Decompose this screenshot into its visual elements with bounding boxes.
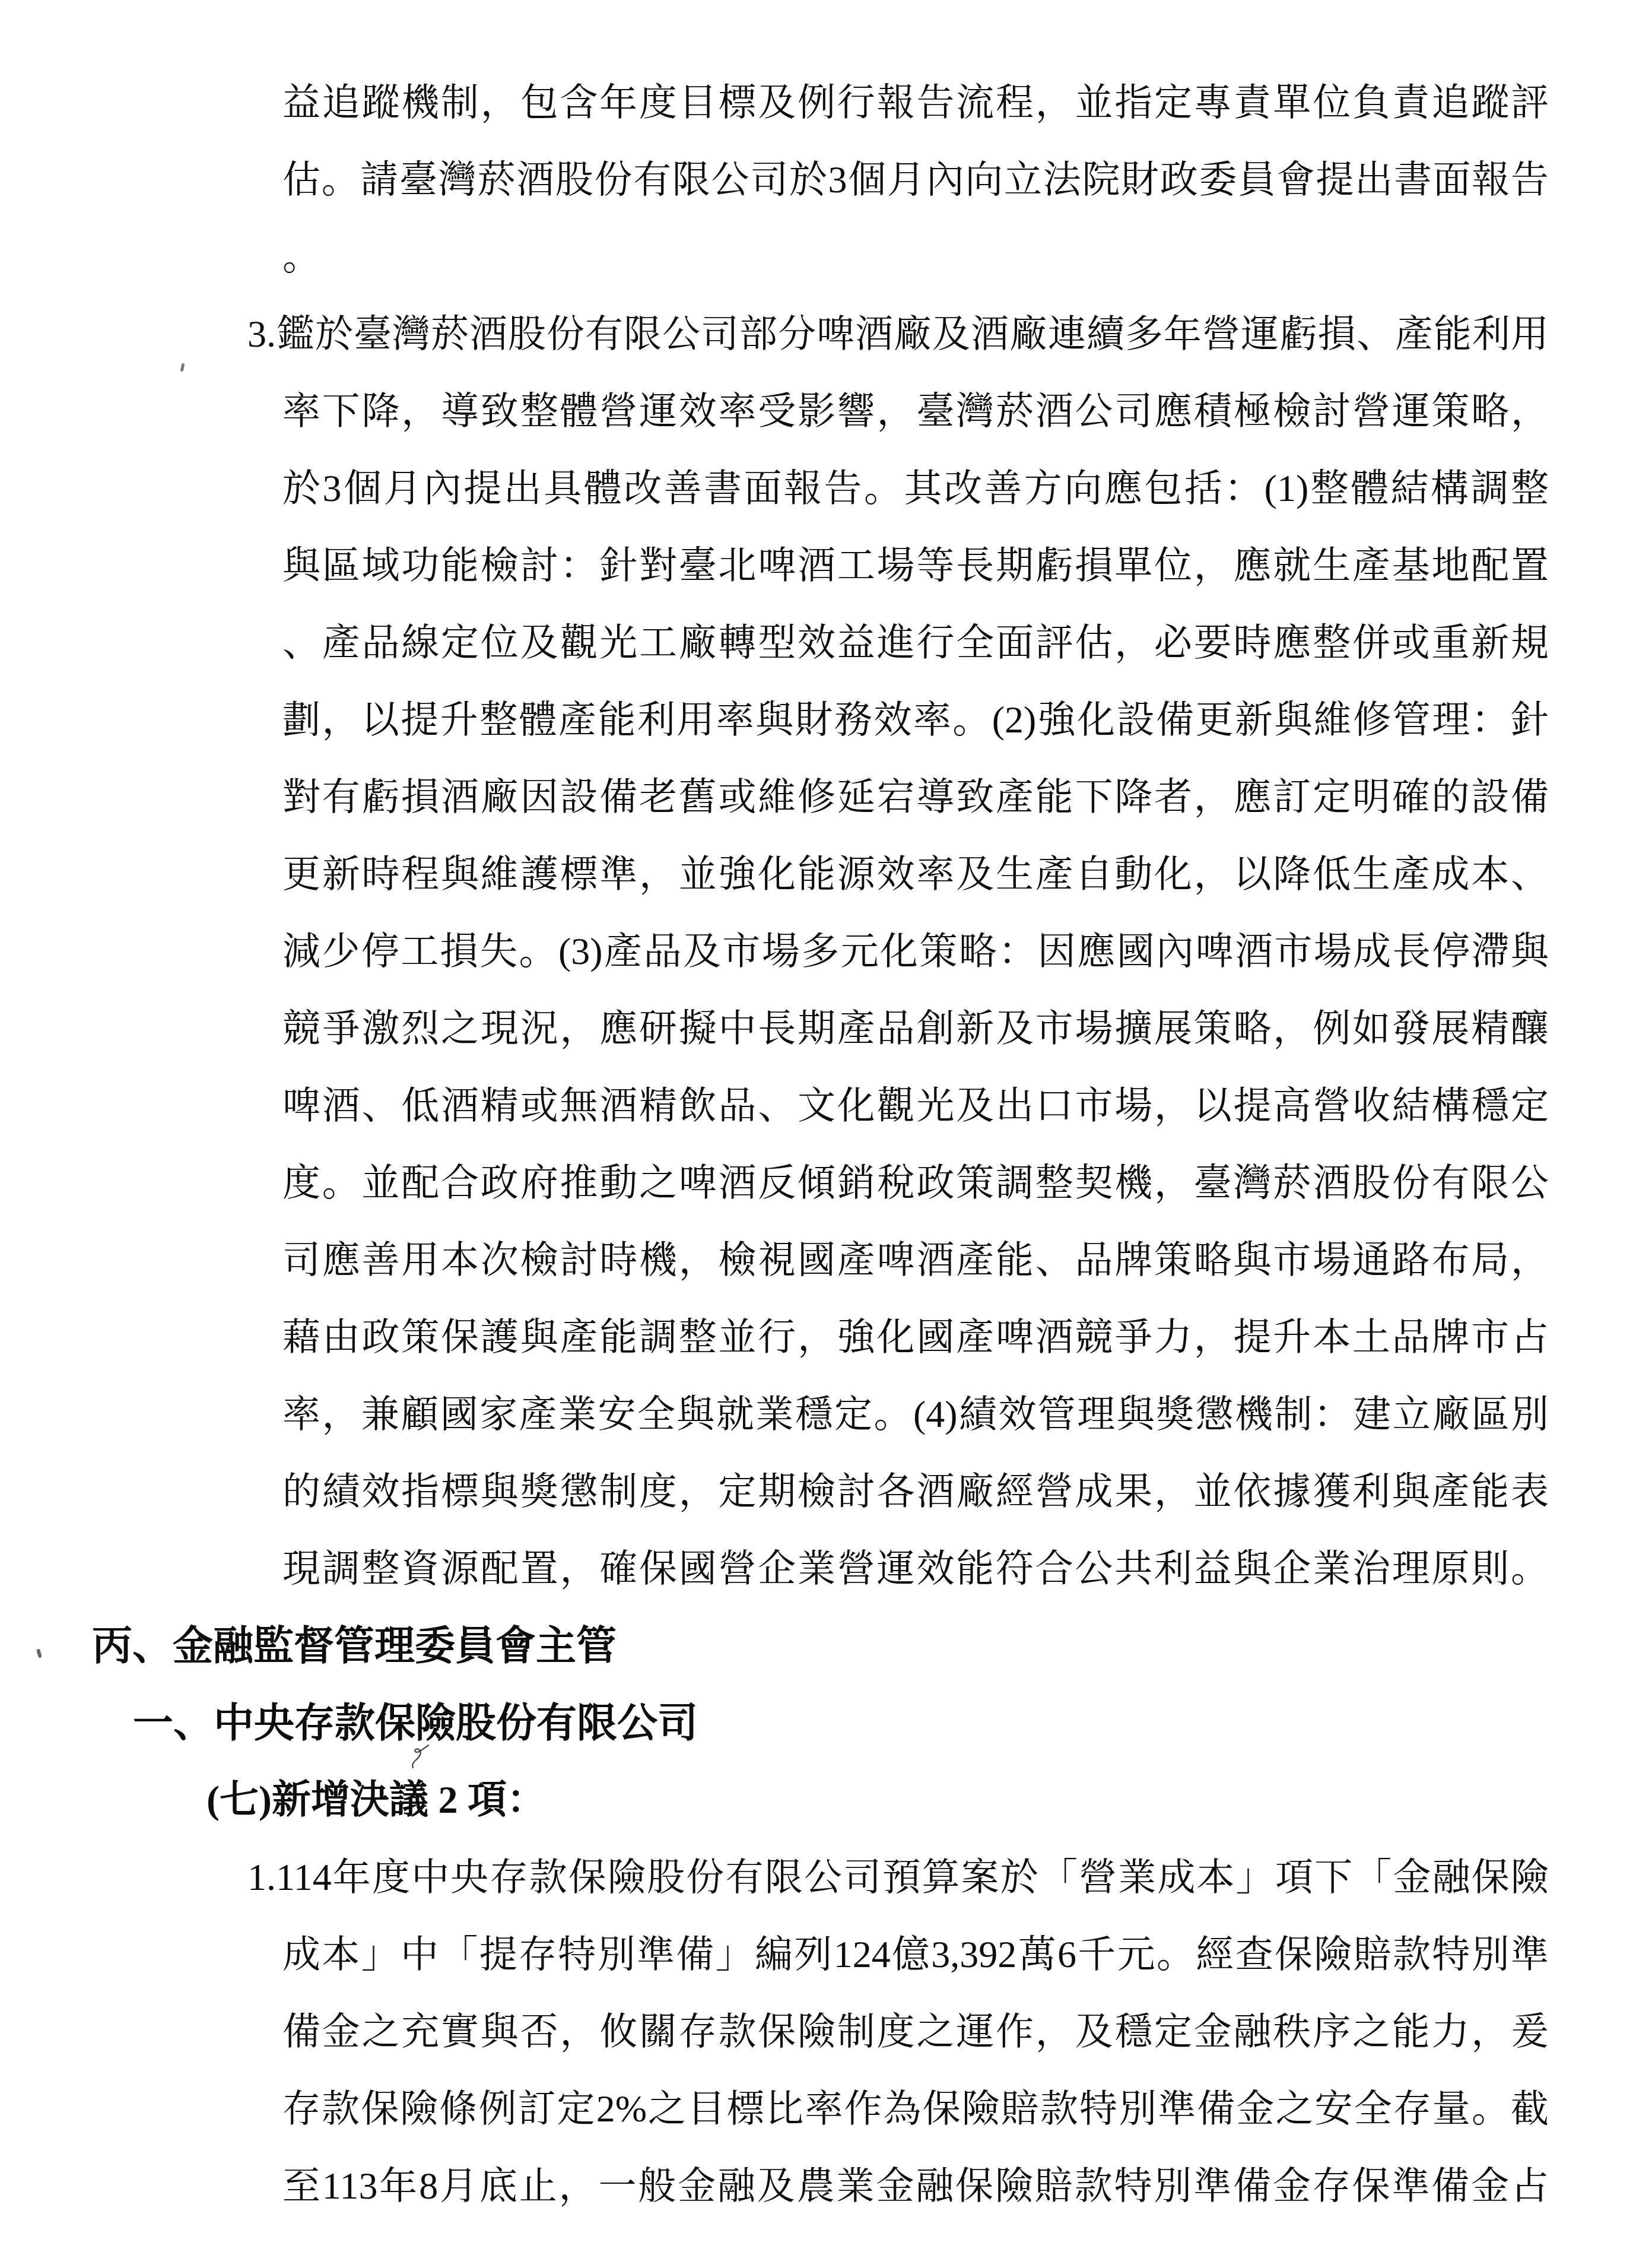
body-line: 至113年8月底止，一般金融及農業金融保險賠款特別準備金存保準備金占 bbox=[282, 2148, 1549, 2225]
body-line: 率，兼顧國家產業安全與就業穩定。(4)績效管理與獎懲機制：建立廠區別 bbox=[282, 1376, 1549, 1453]
scanned-document-page: 益追蹤機制，包含年度目標及例行報告流程，並指定專責單位負責追蹤評 估。請臺灣菸酒… bbox=[0, 0, 1652, 2252]
subsection-heading: 一、中央存款保險股份有限公司 bbox=[133, 1685, 1652, 1762]
body-line: 益追蹤機制，包含年度目標及例行報告流程，並指定專責單位負責追蹤評 bbox=[282, 64, 1549, 141]
body-line: 劃，以提升整體產能利用率與財務效率。(2)強化設備更新與維修管理：針 bbox=[282, 681, 1549, 759]
body-line: 現調整資源配置，確保國營企業營運效能符合公共利益與企業治理原則。 bbox=[282, 1530, 1549, 1607]
section-heading: 丙、金融監督管理委員會主管 bbox=[92, 1607, 1652, 1685]
body-line: 率下降，導致整體營運效率受影響，臺灣菸酒公司應積極檢討營運策略， bbox=[282, 373, 1549, 450]
body-line: 成本」中「提存特別準備」編列124億3,392萬6千元。經查保險賠款特別準 bbox=[282, 1916, 1549, 1993]
body-line: 啤酒、低酒精或無酒精飲品、文化觀光及出口市場，以提高營收結構穩定 bbox=[282, 1067, 1549, 1144]
item3-first-line: 3.鑑於臺灣菸酒股份有限公司部分啤酒廠及酒廠連續多年營運虧損、產能利用 bbox=[247, 296, 1549, 373]
body-line: 司應善用本次檢討時機，檢視國產啤酒產能、品牌策略與市場通路布局， bbox=[282, 1222, 1549, 1299]
body-line: 藉由政策保護與產能調整並行，強化國產啤酒競爭力，提升本土品牌市占 bbox=[282, 1299, 1549, 1376]
item1-first-line: 1.114年度中央存款保險股份有限公司預算案於「營業成本」項下「金融保險 bbox=[247, 1839, 1549, 1916]
body-line: 度。並配合政府推動之啤酒反傾銷稅政策調整契機，臺灣菸酒股份有限公 bbox=[282, 1144, 1549, 1222]
body-line: 存款保險條例訂定2%之目標比率作為保險賠款特別準備金之安全存量。截 bbox=[282, 2070, 1549, 2148]
body-line: 的績效指標與獎懲制度，定期檢討各酒廠經營成果，並依據獲利與產能表 bbox=[282, 1453, 1549, 1530]
body-line: 估。請臺灣菸酒股份有限公司於3個月內向立法院財政委員會提出書面報告 bbox=[282, 141, 1549, 218]
body-line: 、產品線定位及觀光工廠轉型效益進行全面評估，必要時應整併或重新規 bbox=[282, 604, 1549, 681]
body-line: 競爭激烈之現況，應研擬中長期產品創新及市場擴展策略，例如發展精釀 bbox=[282, 990, 1549, 1067]
body-line: 減少停工損失。(3)產品及市場多元化策略：因應國內啤酒市場成長停滯與 bbox=[282, 913, 1549, 990]
body-line: 與區域功能檢討：針對臺北啤酒工場等長期虧損單位，應就生產基地配置 bbox=[282, 527, 1549, 604]
body-line: 對有虧損酒廠因設備老舊或維修延宕導致產能下降者，應訂定明確的設備 bbox=[282, 759, 1549, 836]
document-body: 益追蹤機制，包含年度目標及例行報告流程，並指定專責單位負責追蹤評 估。請臺灣菸酒… bbox=[0, 64, 1652, 2225]
body-line: 更新時程與維護標準，並強化能源效率及生產自動化，以降低生產成本、 bbox=[282, 836, 1549, 913]
item-heading: (七)新增決議 2 項： bbox=[206, 1762, 1652, 1839]
body-line: 。 bbox=[282, 218, 1549, 296]
pen-mark bbox=[409, 1744, 430, 1770]
body-line: 於3個月內提出具體改善書面報告。其改善方向應包括：(1)整體結構調整 bbox=[282, 450, 1549, 527]
body-line: 備金之充實與否，攸關存款保險制度之運作，及穩定金融秩序之能力，爰 bbox=[282, 1993, 1549, 2070]
